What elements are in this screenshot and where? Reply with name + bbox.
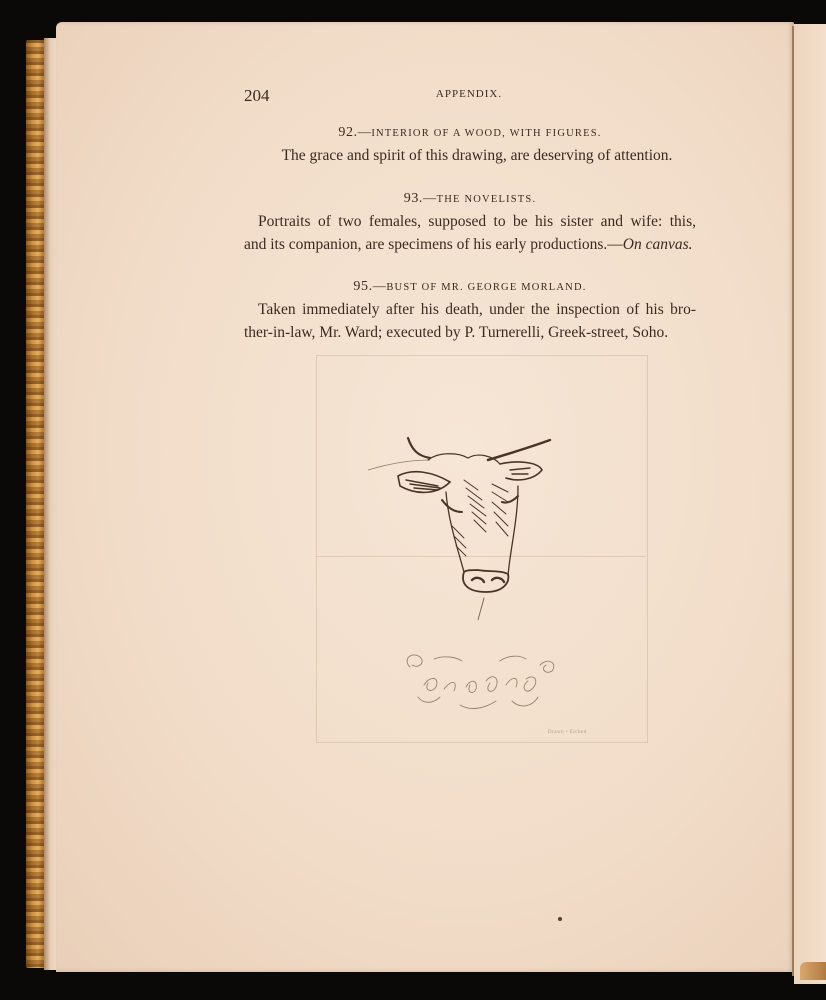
entry-line: and its companion, are specimens of his … (244, 236, 607, 253)
entry-number: 95. (353, 279, 372, 294)
catalogue-entry: 93.—THE NOVELISTS. Portraits of two fema… (244, 188, 696, 256)
next-page-sliver (794, 24, 826, 984)
entry-title: THE NOVELISTS. (437, 194, 537, 205)
entry-body: Portraits of two females, supposed to be… (244, 210, 696, 256)
next-page-gilt-corner (800, 962, 826, 980)
entry-line: Portraits of two females, supposed to be… (244, 210, 696, 233)
entry-line: ther-in-law, Mr. Ward; executed by P. Tu… (244, 321, 696, 344)
entry-number: 93. (404, 191, 423, 206)
entry-line: The grace and spirit of this drawing, ar… (244, 144, 696, 167)
entry-heading: 92.—INTERIOR OF A WOOD, WITH FIGURES. (244, 122, 696, 144)
running-head: 204 APPENDIX. (244, 86, 694, 106)
catalogue-entry: 95.—BUST OF MR. GEORGE MORLAND. Taken im… (244, 276, 696, 344)
entry-heading: 95.—BUST OF MR. GEORGE MORLAND. (244, 276, 696, 298)
medium-note: On canvas. (623, 236, 693, 253)
catalogue-entry: 92.—INTERIOR OF A WOOD, WITH FIGURES. Th… (244, 122, 696, 167)
entry-heading: 93.—THE NOVELISTS. (244, 188, 696, 210)
entry-title: INTERIOR OF A WOOD, WITH FIGURES. (371, 128, 601, 139)
entry-line: Taken immediately after his death, under… (244, 298, 696, 321)
running-title: APPENDIX. (244, 88, 694, 100)
cow-head-sketch-icon (368, 430, 558, 620)
entry-line-last: and its companion, are specimens of his … (244, 233, 696, 256)
script-monogram-icon (400, 645, 560, 715)
entry-title: BUST OF MR. GEORGE MORLAND. (386, 282, 586, 293)
entry-body: Taken immediately after his death, under… (244, 298, 696, 344)
foxing-speck (558, 917, 562, 921)
engraver-credit: Drawn • Etched (548, 730, 587, 735)
entry-number: 92. (338, 125, 357, 140)
entry-body: The grace and spirit of this drawing, ar… (244, 144, 696, 167)
